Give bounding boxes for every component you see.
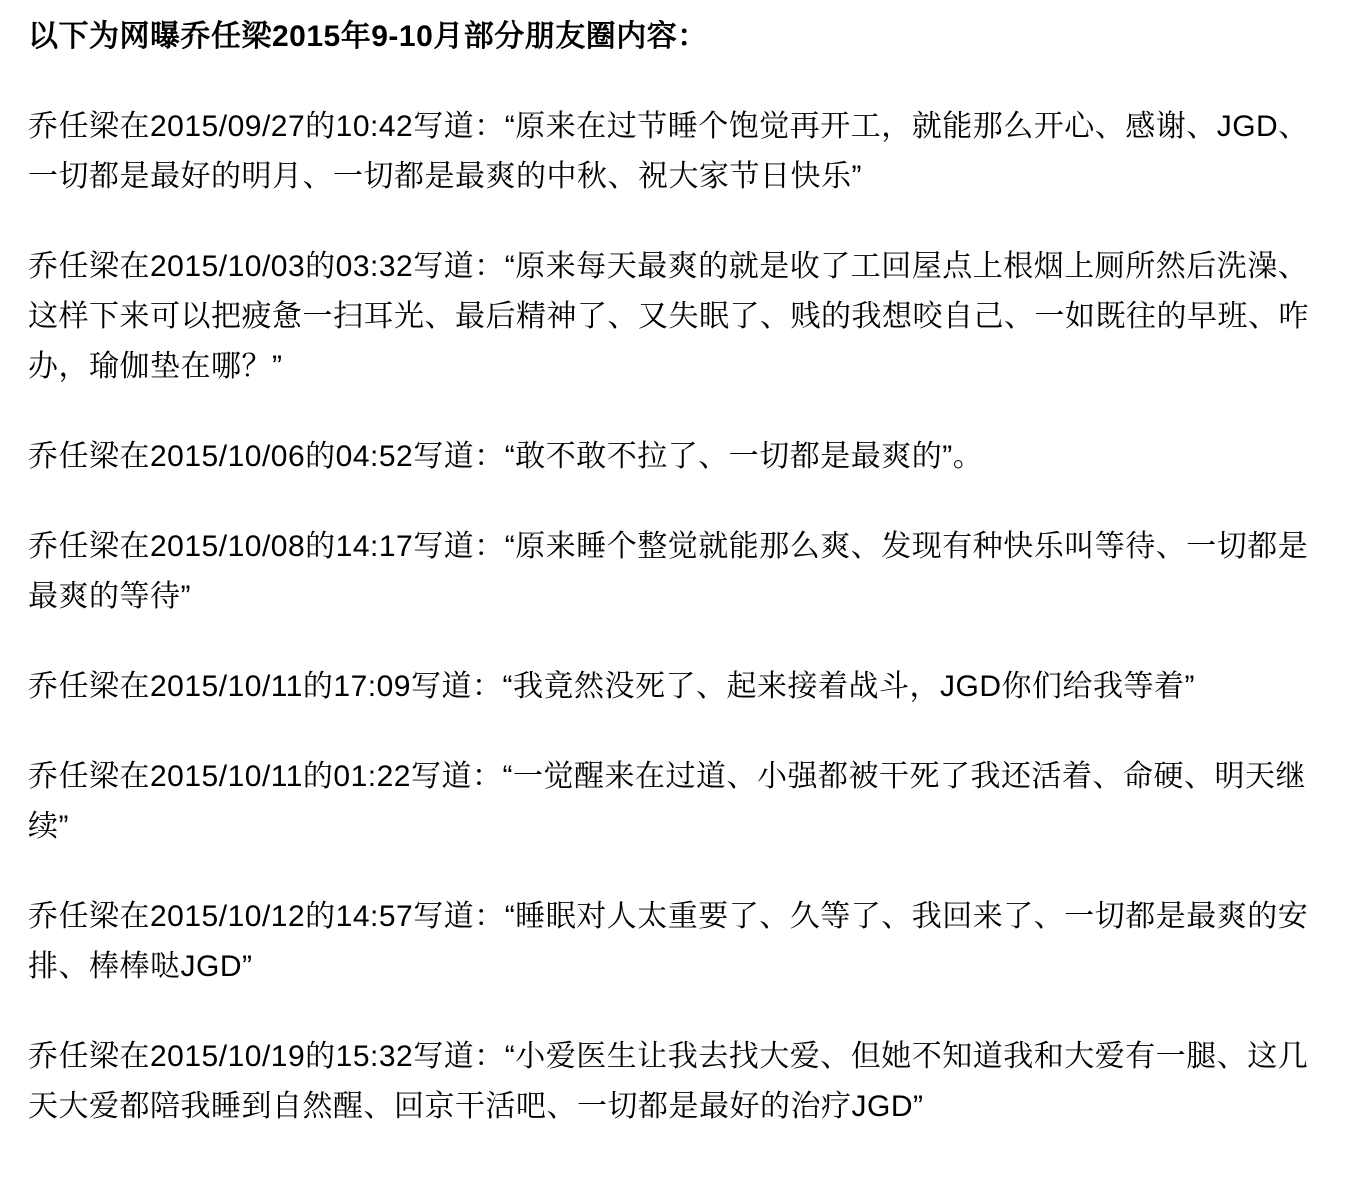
post-entry: 乔任梁在2015/10/19的15:32写道：“小爱医生让我去找大爱、但她不知道… xyxy=(28,1032,1330,1132)
page-title: 以下为网曝乔任梁2015年9-10月部分朋友圈内容： xyxy=(28,12,1330,62)
post-entry: 乔任梁在2015/09/27的10:42写道：“原来在过节睡个饱觉再开工，就能那… xyxy=(28,102,1330,202)
post-entry: 乔任梁在2015/10/11的17:09写道：“我竟然没死了、起来接着战斗，JG… xyxy=(28,662,1330,712)
post-entry: 乔任梁在2015/10/11的01:22写道：“一觉醒来在过道、小强都被干死了我… xyxy=(28,752,1330,852)
article-body: 以下为网曝乔任梁2015年9-10月部分朋友圈内容： 乔任梁在2015/09/2… xyxy=(28,12,1330,1132)
post-entry: 乔任梁在2015/10/03的03:32写道：“原来每天最爽的就是收了工回屋点上… xyxy=(28,242,1330,392)
post-entry: 乔任梁在2015/10/08的14:17写道：“原来睡个整觉就能那么爽、发现有种… xyxy=(28,522,1330,622)
post-entry: 乔任梁在2015/10/12的14:57写道：“睡眠对人太重要了、久等了、我回来… xyxy=(28,892,1330,992)
post-entry: 乔任梁在2015/10/06的04:52写道：“敢不敢不拉了、一切都是最爽的”。 xyxy=(28,432,1330,482)
